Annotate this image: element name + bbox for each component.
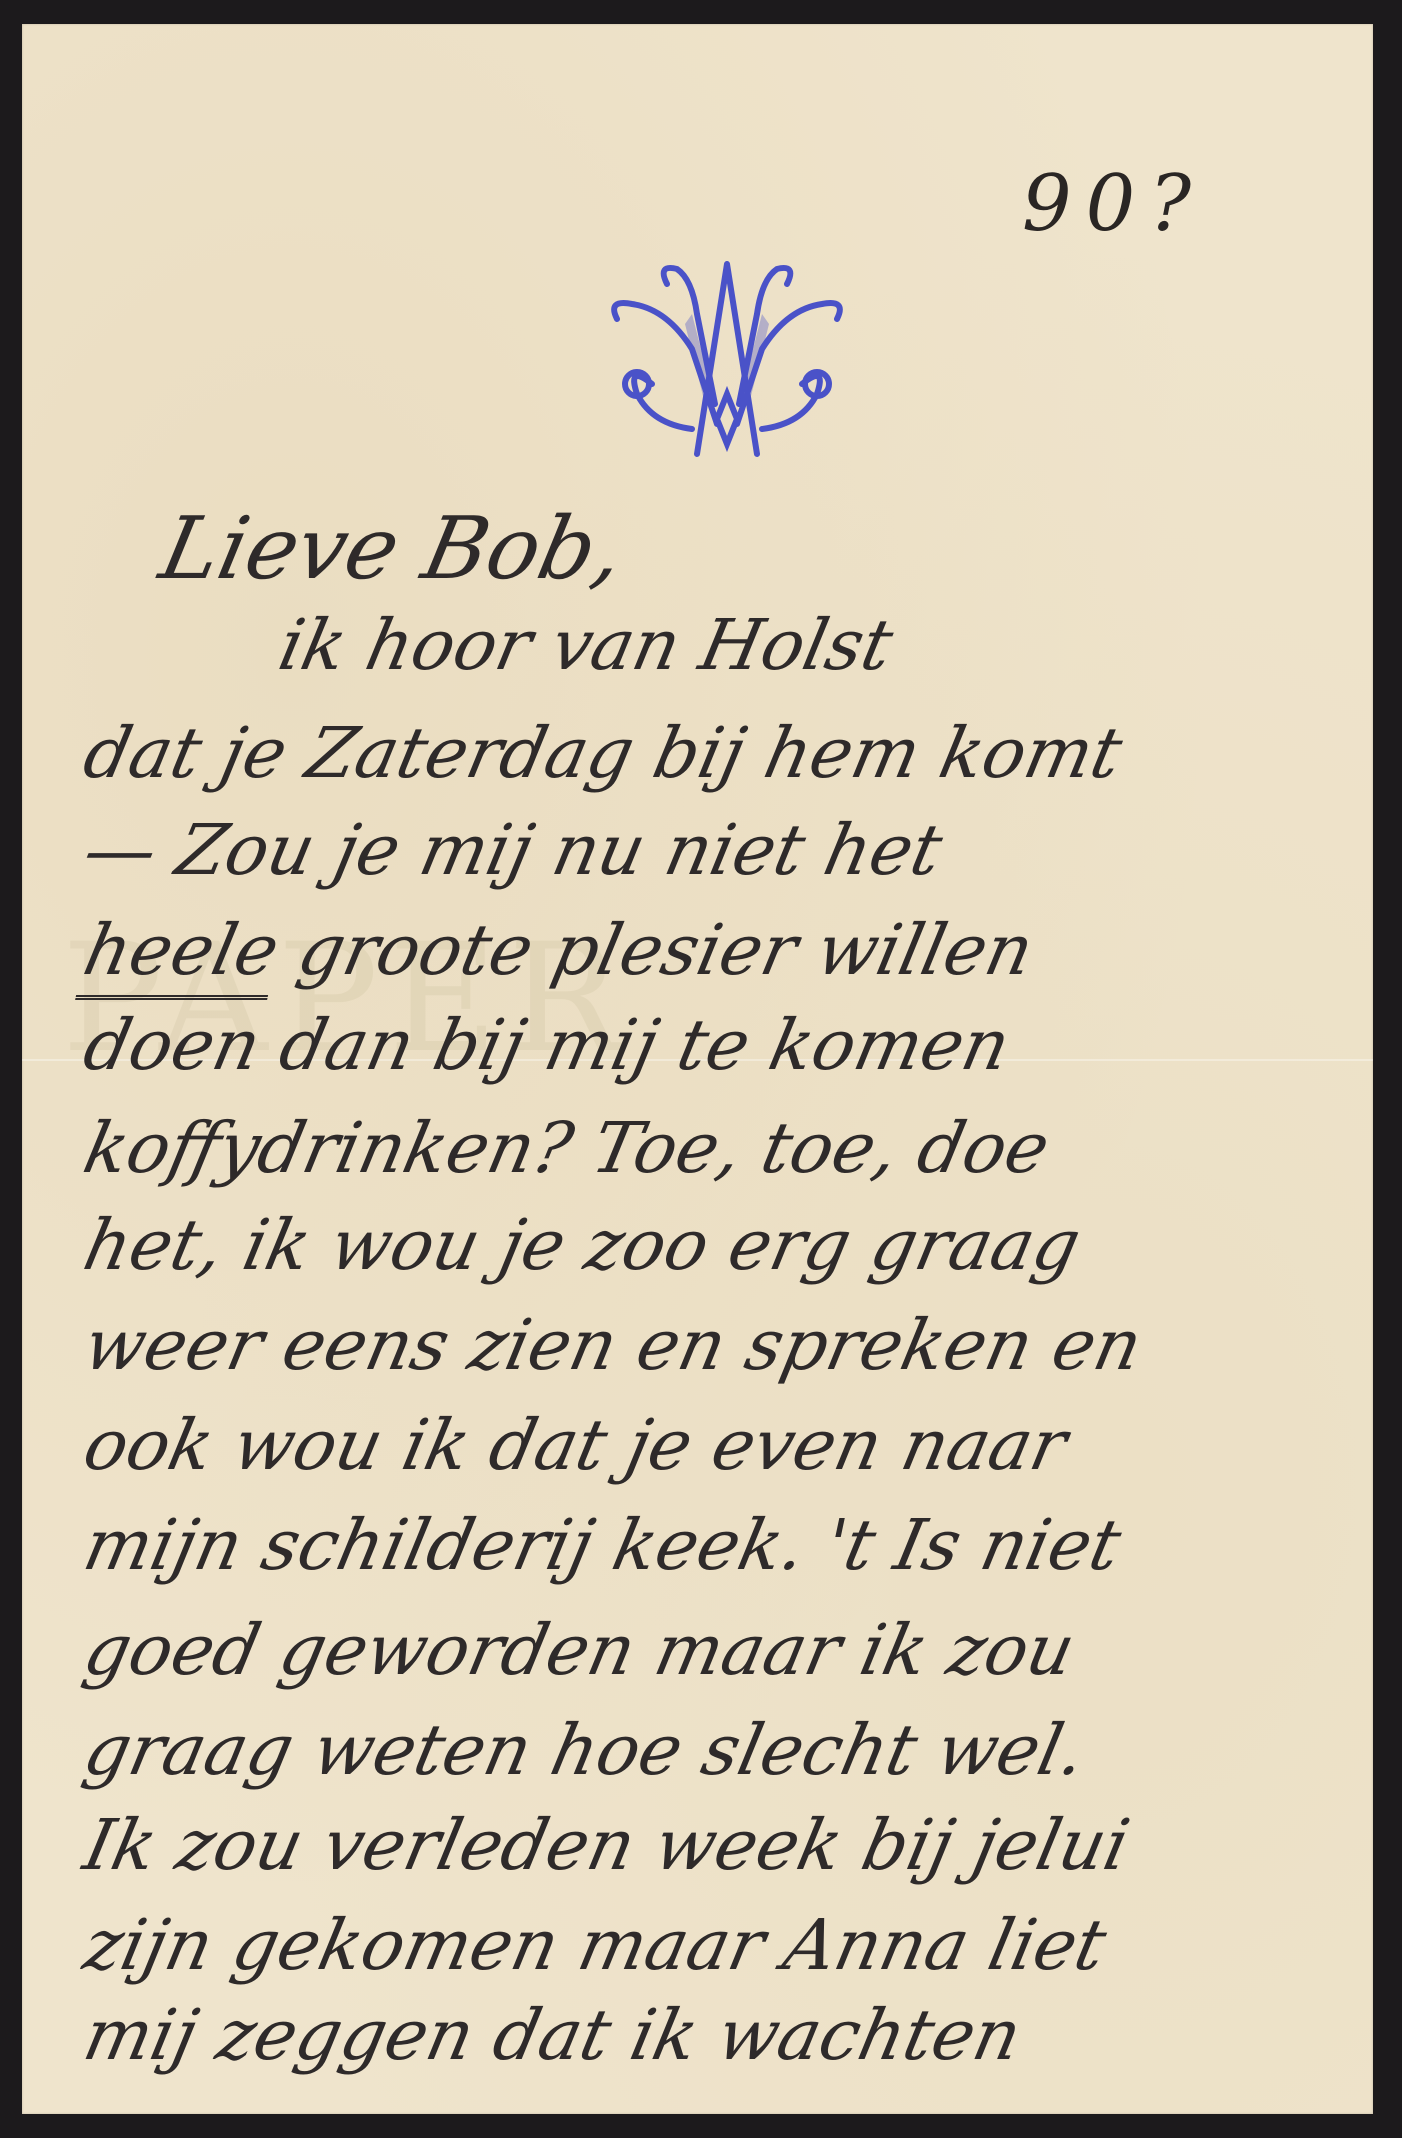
letter-line-3: — Zou je mij nu niet het <box>77 809 949 891</box>
letter-paper: PAPER 90? Lieve Bob, ik hoor van Holst d… <box>22 24 1373 2114</box>
letter-line-2: dat je Zaterdag bij hem komt <box>77 712 1129 794</box>
letter-line-15: mij zeggen dat ik wachten <box>77 1994 1028 2076</box>
letter-line-7: het, ik wou je zoo erg graag <box>77 1204 1087 1286</box>
letter-line-4: heele groote plesier willen <box>77 909 1040 991</box>
letter-line-11: goed geworden maar ik zou <box>77 1609 1082 1691</box>
underlined-word: heele <box>75 909 286 1000</box>
monogram-icon <box>597 254 857 469</box>
letter-line-14: zijn gekomen maar Anna liet <box>77 1904 1113 1986</box>
letter-line-1: ik hoor van Holst <box>272 604 900 686</box>
letter-line-5: doen dan bij mij te komen <box>77 1004 1017 1086</box>
salutation: Lieve Bob, <box>152 499 633 599</box>
letter-line-12: graag weten hoe slecht wel. <box>77 1709 1093 1791</box>
letter-line-8: weer eens zien en spreken en <box>77 1304 1149 1386</box>
letter-line-9: ook wou ik dat je even naar <box>77 1404 1074 1486</box>
letter-line-4-rest: groote plesier willen <box>291 909 1040 991</box>
letter-line-10: mijn schilderij keek. 't Is niet <box>77 1504 1128 1586</box>
date-mark: 90? <box>1022 159 1205 249</box>
letter-line-13: Ik zou verleden week bij jelui <box>77 1804 1137 1886</box>
letter-line-6: koffydrinken? Toe, toe, doe <box>77 1107 1056 1189</box>
